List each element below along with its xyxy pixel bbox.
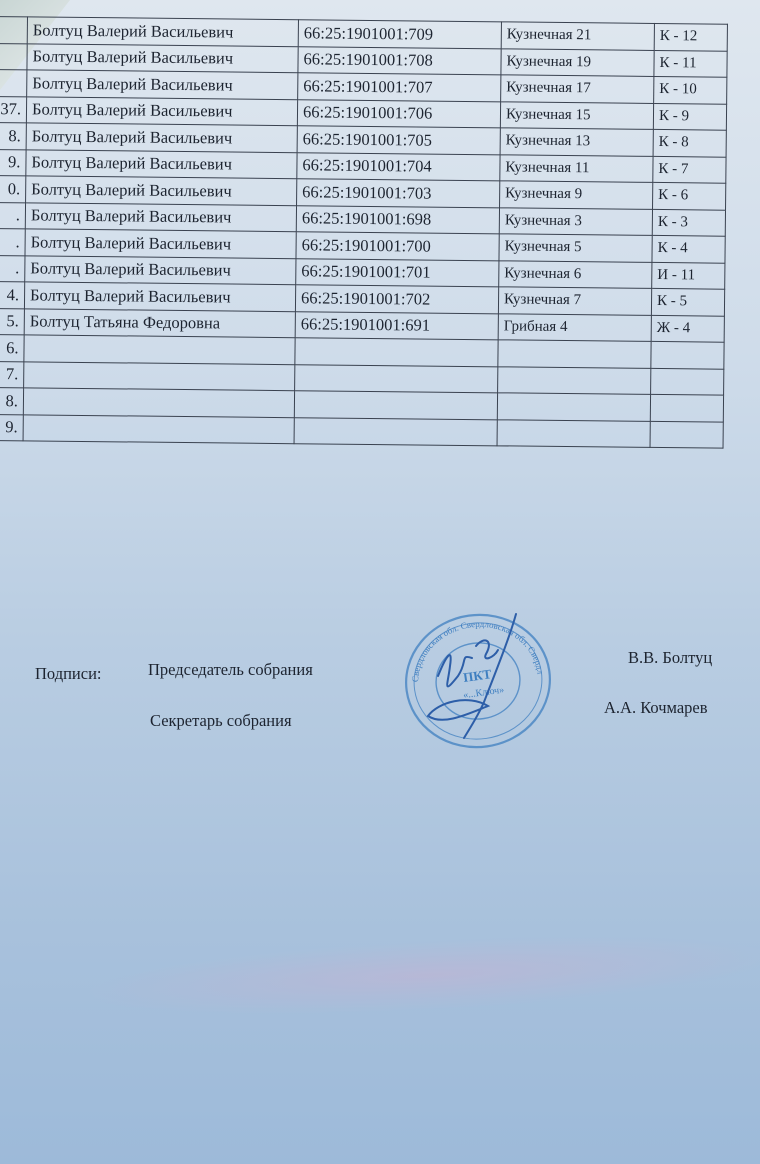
secretary-role-label: Секретарь собрания	[150, 711, 292, 731]
round-seal-icon: Свердловская обл. Свердловская обл. Свер…	[398, 606, 558, 756]
chair-role-label: Председатель собрания	[148, 660, 313, 680]
svg-text:ПКТ: ПКТ	[462, 666, 492, 685]
secretary-name: А.А. Кочмарев	[604, 698, 708, 718]
signature-block: Подписи: Председатель собрания Секретарь…	[0, 0, 760, 1164]
signatures-heading: Подписи:	[35, 664, 101, 684]
chair-name: В.В. Болтуц	[628, 648, 712, 668]
svg-text:«...Ключ»: «...Ключ»	[462, 685, 504, 702]
